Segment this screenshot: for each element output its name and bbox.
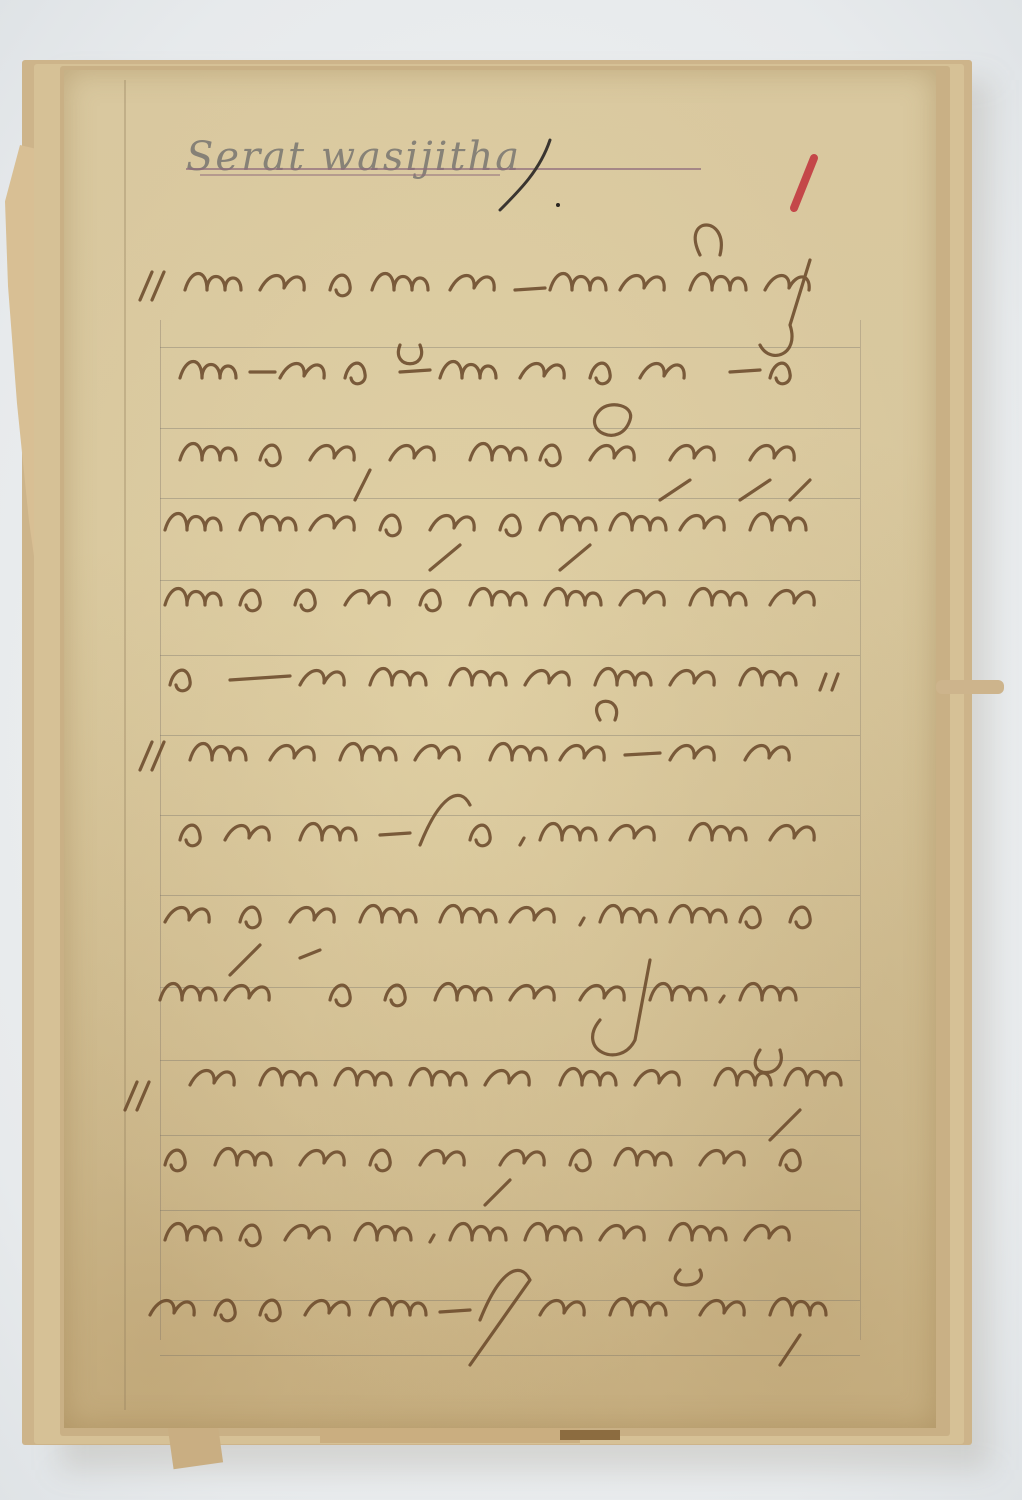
ruled-line xyxy=(160,1355,860,1356)
manuscript-page xyxy=(64,70,936,1428)
ruled-line xyxy=(160,428,860,429)
left-margin-rule xyxy=(160,320,161,1340)
pencil-tick-mark xyxy=(480,130,570,220)
protruding-paper-strip xyxy=(936,680,1004,694)
title-strikethrough xyxy=(200,174,500,176)
ruled-line xyxy=(160,735,860,736)
ruled-line xyxy=(160,1135,860,1136)
ruled-line xyxy=(160,580,860,581)
ruled-line xyxy=(160,1300,860,1301)
ruled-line xyxy=(160,1060,860,1061)
ruled-line xyxy=(160,987,860,988)
fold-line xyxy=(124,80,126,1410)
ruled-line xyxy=(160,498,860,499)
ruled-line xyxy=(160,347,860,348)
ruled-line xyxy=(160,1210,860,1211)
ruled-line xyxy=(160,655,860,656)
ruled-line xyxy=(160,815,860,816)
title-strikethrough xyxy=(186,168,701,170)
red-page-number xyxy=(784,150,824,220)
right-margin-rule xyxy=(860,320,861,1340)
bottom-dark-edge xyxy=(560,1430,620,1440)
ruled-line xyxy=(160,895,860,896)
